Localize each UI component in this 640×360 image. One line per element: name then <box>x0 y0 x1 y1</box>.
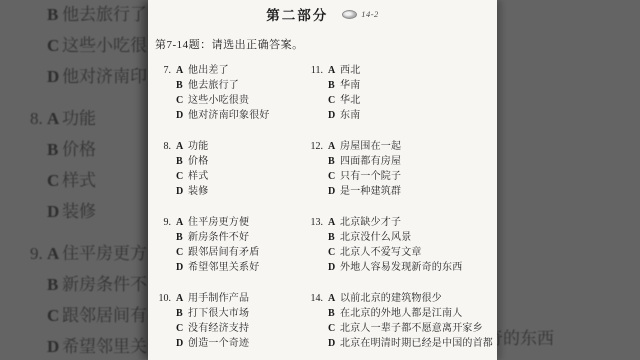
option-row: 9.A住平房更方便 <box>153 215 303 230</box>
option-row: D创造一个奇迹 <box>153 336 303 351</box>
option-letter: D <box>176 108 188 123</box>
option-letter: D <box>176 336 188 351</box>
option-letter: B <box>328 78 340 93</box>
backdrop-option-text: 他对济南印 <box>62 61 147 92</box>
option-row: D他对济南印象很好 <box>153 108 303 123</box>
question-14: 14.A以前北京的建筑物很少B在北京的外地人都是江南人C北京人一辈子都不愿意离开… <box>305 291 497 351</box>
question-number: 13. <box>305 215 323 230</box>
backdrop-option-text: 装修 <box>62 196 96 227</box>
option-row: B在北京的外地人都是江南人 <box>305 306 497 321</box>
option-row: 13.A北京缺少才子 <box>305 215 497 230</box>
option-text: 打下很大市场 <box>188 306 249 321</box>
questions-column-left: 7.A他出差了B他去旅行了C这些小吃很贵D他对济南印象很好8.A功能B价格C样式… <box>153 63 303 360</box>
option-row: C样式 <box>153 169 303 184</box>
option-letter: B <box>328 154 340 169</box>
option-letter: A <box>176 139 188 154</box>
option-text: 新房条件不好 <box>188 230 249 245</box>
option-letter: A <box>328 63 340 78</box>
option-letter: B <box>176 154 188 169</box>
option-letter: B <box>176 306 188 321</box>
option-row: D希望邻里关系好 <box>153 260 303 275</box>
option-row: C北京人一辈子都不愿意离开家乡 <box>305 321 497 336</box>
option-text: 价格 <box>188 154 208 169</box>
question-number: 8. <box>153 139 171 154</box>
option-row: 7.A他出差了 <box>153 63 303 78</box>
option-row: C跟邻居间有矛盾 <box>153 245 303 260</box>
option-letter: A <box>176 215 188 230</box>
instruction-text: 第7-14题：请选出正确答案。 <box>155 36 304 52</box>
option-letter: B <box>328 306 340 321</box>
option-letter: D <box>328 108 340 123</box>
option-text: 北京没什么风景 <box>340 230 411 245</box>
option-letter: D <box>328 260 340 275</box>
option-row: B他去旅行了 <box>153 78 303 93</box>
option-letter: D <box>176 184 188 199</box>
option-text: 希望邻里关系好 <box>188 260 259 275</box>
option-text: 在北京的外地人都是江南人 <box>340 306 462 321</box>
backdrop-option-text: 价格 <box>62 134 96 165</box>
option-row: B新房条件不好 <box>153 230 303 245</box>
option-letter: B <box>176 78 188 93</box>
option-text: 只有一个院子 <box>340 169 401 184</box>
option-text: 以前北京的建筑物很少 <box>340 291 442 306</box>
option-row: 11.A西北 <box>305 63 497 78</box>
option-text: 创造一个奇迹 <box>188 336 249 351</box>
option-text: 样式 <box>188 169 208 184</box>
backdrop-line: B他去旅行了 <box>0 0 148 30</box>
option-row: C华北 <box>305 93 497 108</box>
backdrop-option-letter: B <box>47 269 62 300</box>
backdrop-line: C样式 <box>0 165 148 196</box>
option-text: 北京在明清时期已经是中国的首都 <box>340 336 493 351</box>
question-10: 10.A用手制作产品B打下很大市场C没有经济支持D创造一个奇迹 <box>153 291 303 351</box>
backdrop-line: D希望邻里关 <box>0 331 148 360</box>
question-number: 14. <box>305 291 323 306</box>
section-header: 第二部分 14-2 <box>148 4 497 24</box>
option-letter: A <box>176 63 188 78</box>
option-letter: C <box>176 169 188 184</box>
audio-disc-icon <box>342 10 357 19</box>
option-row: D北京在明清时期已经是中国的首都 <box>305 336 497 351</box>
option-letter: C <box>176 93 188 108</box>
option-text: 这些小吃很贵 <box>188 93 249 108</box>
option-letter: C <box>176 321 188 336</box>
backdrop-option-text: 样式 <box>62 165 96 196</box>
option-letter: D <box>176 260 188 275</box>
option-text: 四面都有房屋 <box>340 154 401 169</box>
option-text: 住平房更方便 <box>188 215 249 230</box>
audio-track: 14-2 <box>342 9 379 19</box>
option-row: B打下很大市场 <box>153 306 303 321</box>
backdrop-option-letter: C <box>47 165 62 196</box>
option-row: D是一种建筑群 <box>305 184 497 199</box>
question-number: 9. <box>153 215 171 230</box>
option-letter: C <box>328 321 340 336</box>
video-frame: B他去旅行了C这些小吃很D他对济南印8.A功能B价格C样式D装修9.A住平房更方… <box>0 0 640 360</box>
option-letter: A <box>328 139 340 154</box>
option-text: 外地人容易发现新奇的东西 <box>340 260 462 275</box>
option-letter: D <box>328 184 340 199</box>
backdrop-line: C这些小吃很 <box>0 30 148 61</box>
audio-track-label: 14-2 <box>361 9 379 19</box>
backdrop-question-number: 8. <box>30 103 47 134</box>
backdrop-line: 8.A功能 <box>0 103 148 134</box>
option-row: 12.A房屋围在一起 <box>305 139 497 154</box>
option-text: 他对济南印象很好 <box>188 108 270 123</box>
backdrop-line: C跟邻居间有 <box>0 300 148 331</box>
option-text: 房屋围在一起 <box>340 139 401 154</box>
backdrop-option-letter: C <box>47 300 62 331</box>
option-letter: A <box>328 215 340 230</box>
option-text: 北京人不爱写文章 <box>340 245 422 260</box>
backdrop-line: 9.A住平房更方 <box>0 238 148 269</box>
questions-column-right: 11.A西北B华南C华北D东南12.A房屋围在一起B四面都有房屋C只有一个院子D… <box>305 63 497 360</box>
option-letter: C <box>328 93 340 108</box>
option-letter: B <box>176 230 188 245</box>
backdrop-option-letter: B <box>47 0 62 30</box>
option-text: 他去旅行了 <box>188 78 239 93</box>
question-8: 8.A功能B价格C样式D装修 <box>153 139 303 199</box>
backdrop-line: B新房条件不 <box>0 269 148 300</box>
backdrop-option-text: 这些小吃很 <box>62 30 147 61</box>
question-7: 7.A他出差了B他去旅行了C这些小吃很贵D他对济南印象很好 <box>153 63 303 123</box>
section-title: 第二部分 <box>266 4 328 24</box>
option-letter: A <box>328 291 340 306</box>
option-text: 他出差了 <box>188 63 229 78</box>
backdrop-line: B价格 <box>0 134 148 165</box>
question-11: 11.A西北B华南C华北D东南 <box>305 63 497 123</box>
option-text: 功能 <box>188 139 208 154</box>
question-9: 9.A住平房更方便B新房条件不好C跟邻居间有矛盾D希望邻里关系好 <box>153 215 303 275</box>
option-row: 10.A用手制作产品 <box>153 291 303 306</box>
option-letter: C <box>328 169 340 184</box>
backdrop-option-text: 希望邻里关 <box>62 331 147 360</box>
option-text: 是一种建筑群 <box>340 184 401 199</box>
option-letter: B <box>328 230 340 245</box>
option-text: 北京人一辈子都不愿意离开家乡 <box>340 321 483 336</box>
option-row: B北京没什么风景 <box>305 230 497 245</box>
option-row: C没有经济支持 <box>153 321 303 336</box>
option-row: B价格 <box>153 154 303 169</box>
question-number: 7. <box>153 63 171 78</box>
backdrop-line: D装修 <box>0 196 148 227</box>
option-letter: C <box>176 245 188 260</box>
backdrop-option-letter: D <box>47 196 62 227</box>
backdrop-option-text: 功能 <box>62 103 96 134</box>
option-text: 东南 <box>340 108 360 123</box>
option-row: B华南 <box>305 78 497 93</box>
option-text: 华北 <box>340 93 360 108</box>
backdrop-option-letter: D <box>47 61 62 92</box>
backdrop-option-letter: B <box>47 134 62 165</box>
backdrop-option-letter: C <box>47 30 62 61</box>
backdrop-option-text: 跟邻居间有 <box>62 300 147 331</box>
backdrop-option-text: 住平房更方 <box>62 238 147 269</box>
backdrop-line: D他对济南印 <box>0 61 148 92</box>
question-number: 11. <box>305 63 323 78</box>
option-text: 用手制作产品 <box>188 291 249 306</box>
backdrop-question-number: 9. <box>30 238 47 269</box>
option-text: 没有经济支持 <box>188 321 249 336</box>
option-row: C北京人不爱写文章 <box>305 245 497 260</box>
option-letter: A <box>176 291 188 306</box>
option-text: 跟邻居间有矛盾 <box>188 245 259 260</box>
backdrop-option-text: 新房条件不 <box>62 269 147 300</box>
backdrop-option-text: 他去旅行了 <box>62 0 147 30</box>
option-row: D装修 <box>153 184 303 199</box>
worksheet-page: 第二部分 14-2 第7-14题：请选出正确答案。 7.A他出差了B他去旅行了C… <box>148 0 497 360</box>
option-row: C这些小吃很贵 <box>153 93 303 108</box>
question-number: 10. <box>153 291 171 306</box>
option-row: C只有一个院子 <box>305 169 497 184</box>
option-text: 华南 <box>340 78 360 93</box>
backdrop-magnified-text-left: B他去旅行了C这些小吃很D他对济南印8.A功能B价格C样式D装修9.A住平房更方… <box>0 0 148 360</box>
option-row: 14.A以前北京的建筑物很少 <box>305 291 497 306</box>
option-row: B四面都有房屋 <box>305 154 497 169</box>
question-13: 13.A北京缺少才子B北京没什么风景C北京人不爱写文章D外地人容易发现新奇的东西 <box>305 215 497 275</box>
question-12: 12.A房屋围在一起B四面都有房屋C只有一个院子D是一种建筑群 <box>305 139 497 199</box>
backdrop-option-letter: A <box>47 103 62 134</box>
backdrop-option-letter: D <box>47 331 62 360</box>
option-text: 西北 <box>340 63 360 78</box>
option-letter: C <box>328 245 340 260</box>
option-text: 装修 <box>188 184 208 199</box>
option-text: 北京缺少才子 <box>340 215 401 230</box>
question-number: 12. <box>305 139 323 154</box>
option-row: D东南 <box>305 108 497 123</box>
backdrop-option-letter: A <box>47 238 62 269</box>
option-row: D外地人容易发现新奇的东西 <box>305 260 497 275</box>
option-letter: D <box>328 336 340 351</box>
option-row: 8.A功能 <box>153 139 303 154</box>
